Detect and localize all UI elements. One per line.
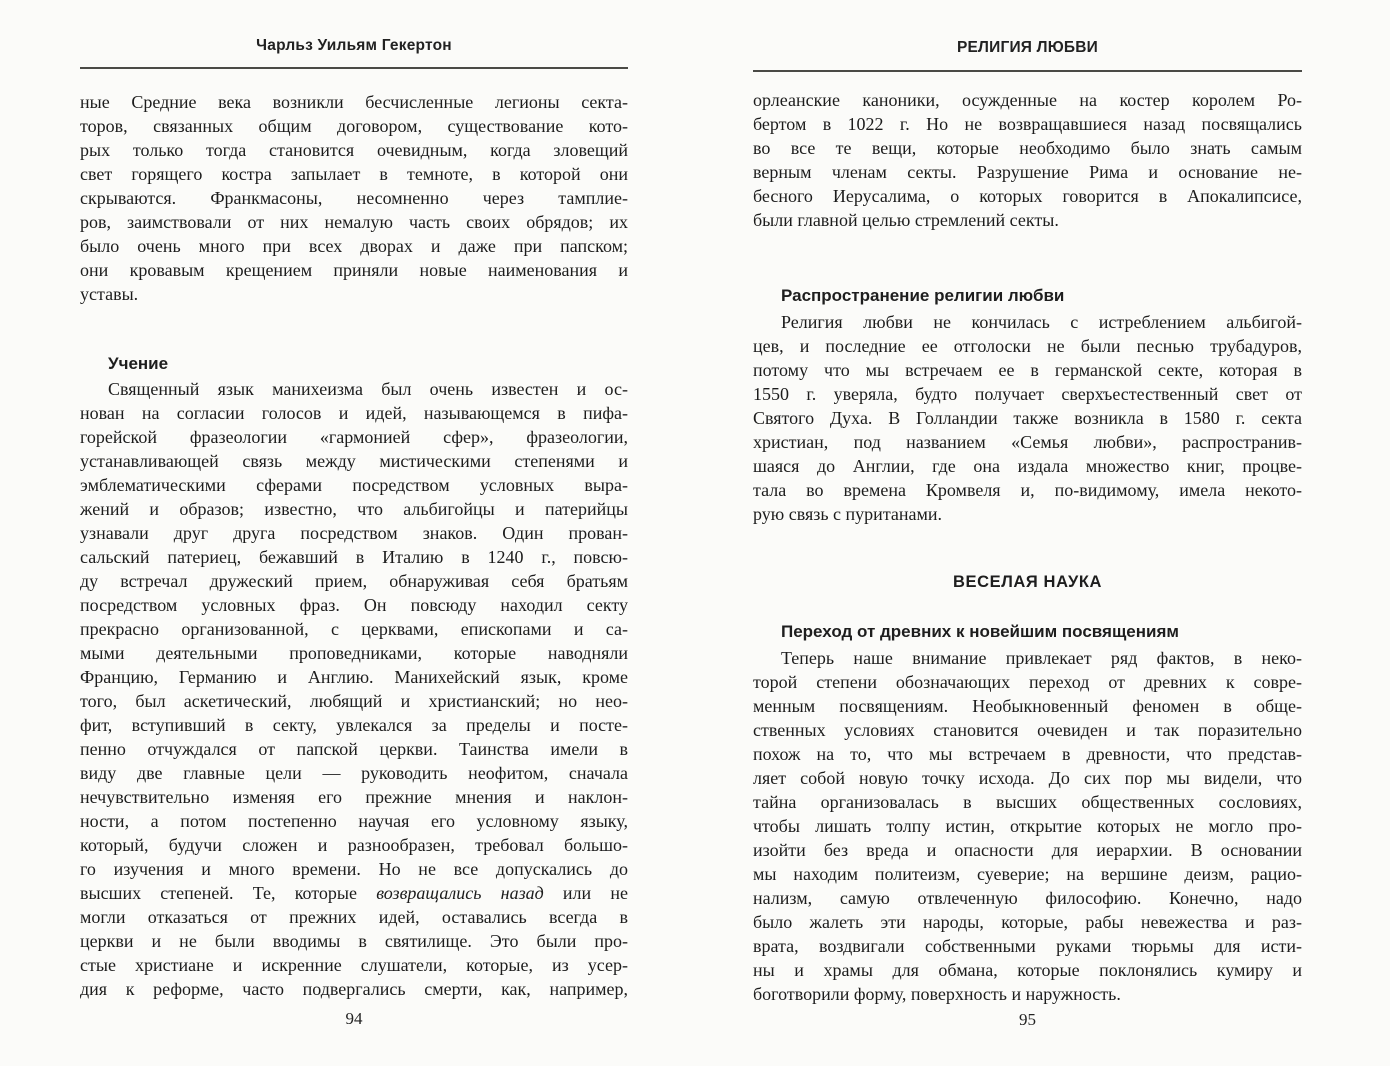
chapter-heading: ВЕСЕЛАЯ НАУКА (753, 570, 1302, 594)
header-rule (80, 67, 628, 69)
book-page-left: Чарльз Уильям Гекертон ные Средние века … (80, 0, 628, 1029)
book-page-right: РЕЛИГИЯ ЛЮБВИ орлеанские каноники, осужд… (753, 0, 1302, 1030)
paragraph: ные Средние века возникли бесчисленные л… (80, 90, 628, 306)
paragraph: Священный язык манихеизма был очень изве… (80, 377, 628, 1001)
paragraph: орлеанские каноники, осужденные на косте… (753, 88, 1302, 232)
running-head-chapter: РЕЛИГИЯ ЛЮБВИ (753, 38, 1302, 57)
paragraph: Религия любви не кончилась с истребление… (753, 310, 1302, 526)
section-heading: Распространение религии любви (753, 284, 1302, 308)
section-heading: Учение (80, 352, 628, 376)
page-number: 95 (753, 1010, 1302, 1030)
paragraph: Теперь наше внимание привлекает ряд факт… (753, 646, 1302, 1006)
page-number: 94 (80, 1009, 628, 1029)
header-rule (753, 70, 1302, 72)
running-head-author: Чарльз Уильям Гекертон (80, 36, 628, 55)
section-heading: Переход от древних к новейшим посвящения… (753, 620, 1302, 644)
